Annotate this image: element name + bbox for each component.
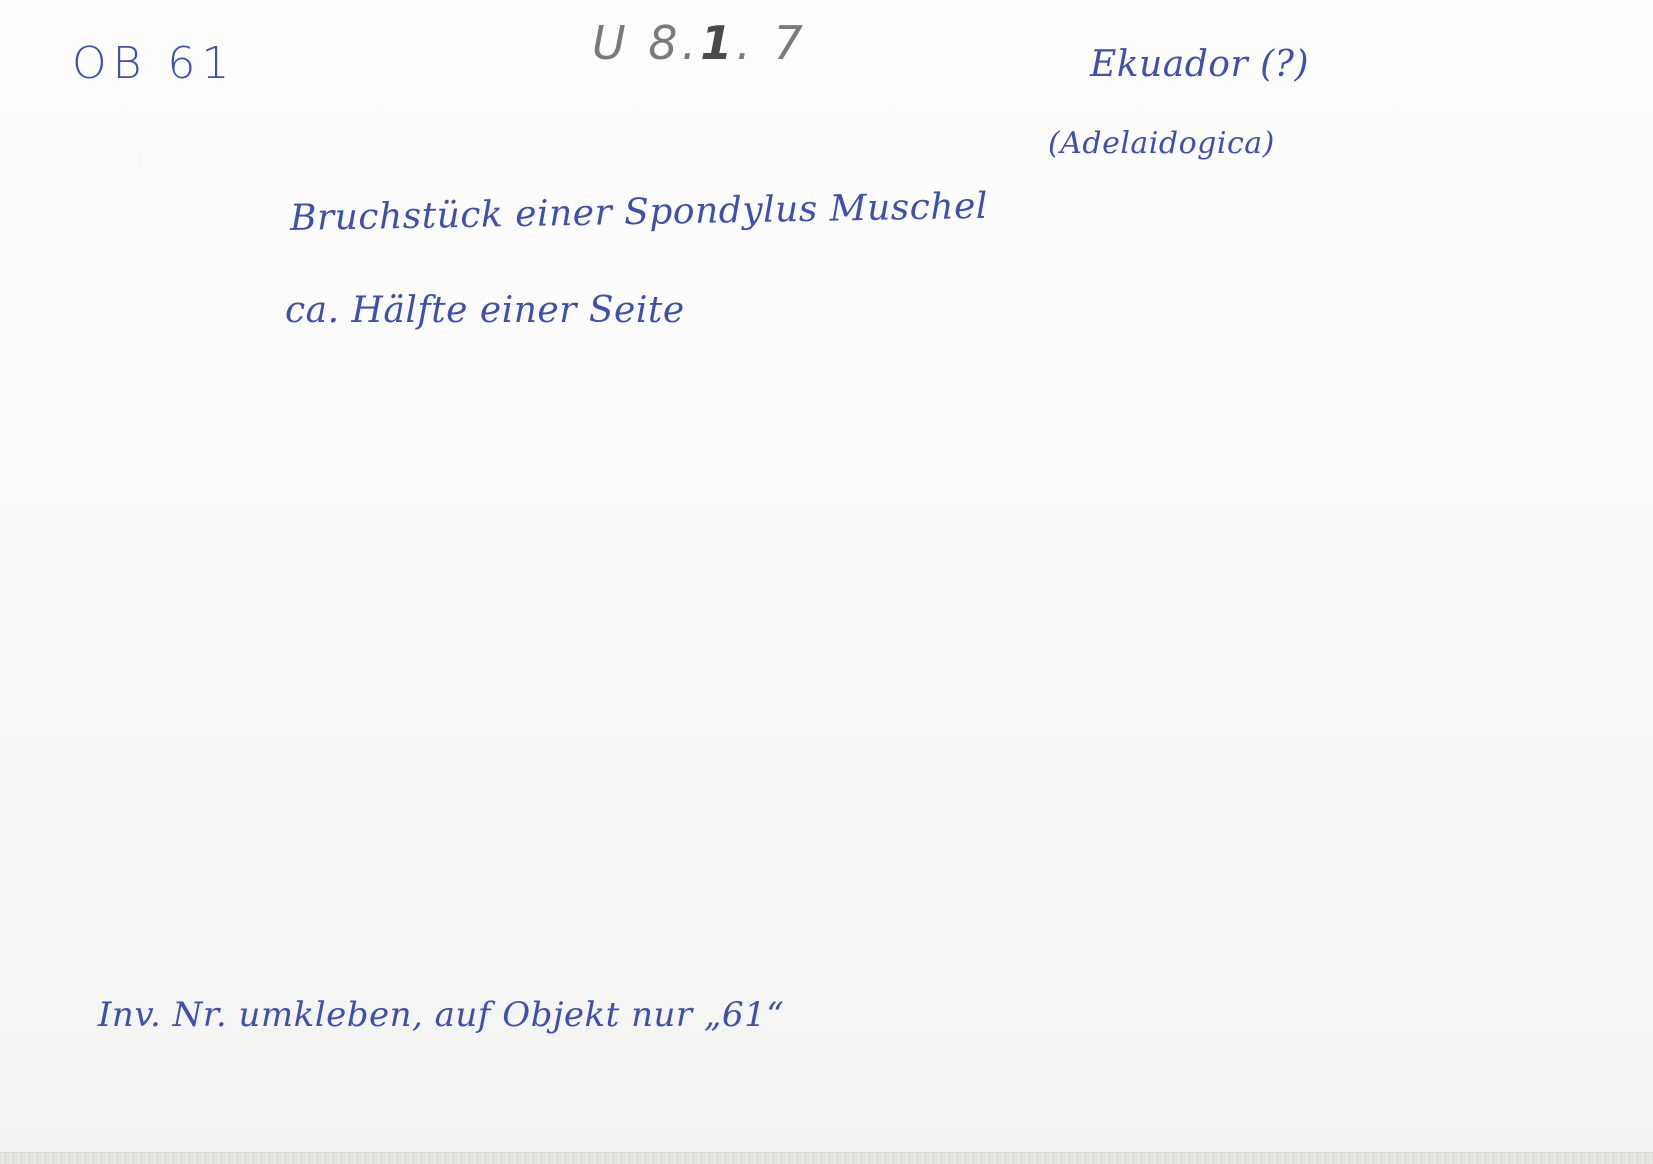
catalog-number-overwritten-digit: 1 — [700, 16, 736, 70]
catalog-number-prefix: U 8. — [592, 16, 700, 70]
card-bottom-edge — [0, 1152, 1653, 1164]
catalog-number: U 8.1. 7 — [592, 16, 807, 70]
index-card: OB 61 U 8.1. 7 Ekuador (?) (Adelaidogica… — [0, 0, 1653, 1152]
description-line-2: ca. Hälfte einer Seite — [285, 290, 685, 331]
origin-note: (Adelaidogica) — [1048, 126, 1275, 161]
inventory-number: OB 61 — [72, 38, 235, 89]
paper-speck — [140, 150, 142, 170]
origin-location: Ekuador (?) — [1090, 44, 1309, 85]
footer-note: Inv. Nr. umkleben, auf Objekt nur „61“ — [98, 995, 784, 1035]
catalog-number-suffix: . 7 — [736, 16, 807, 70]
description-line-1: Bruchstück einer Spondylus Muschel — [290, 186, 989, 239]
